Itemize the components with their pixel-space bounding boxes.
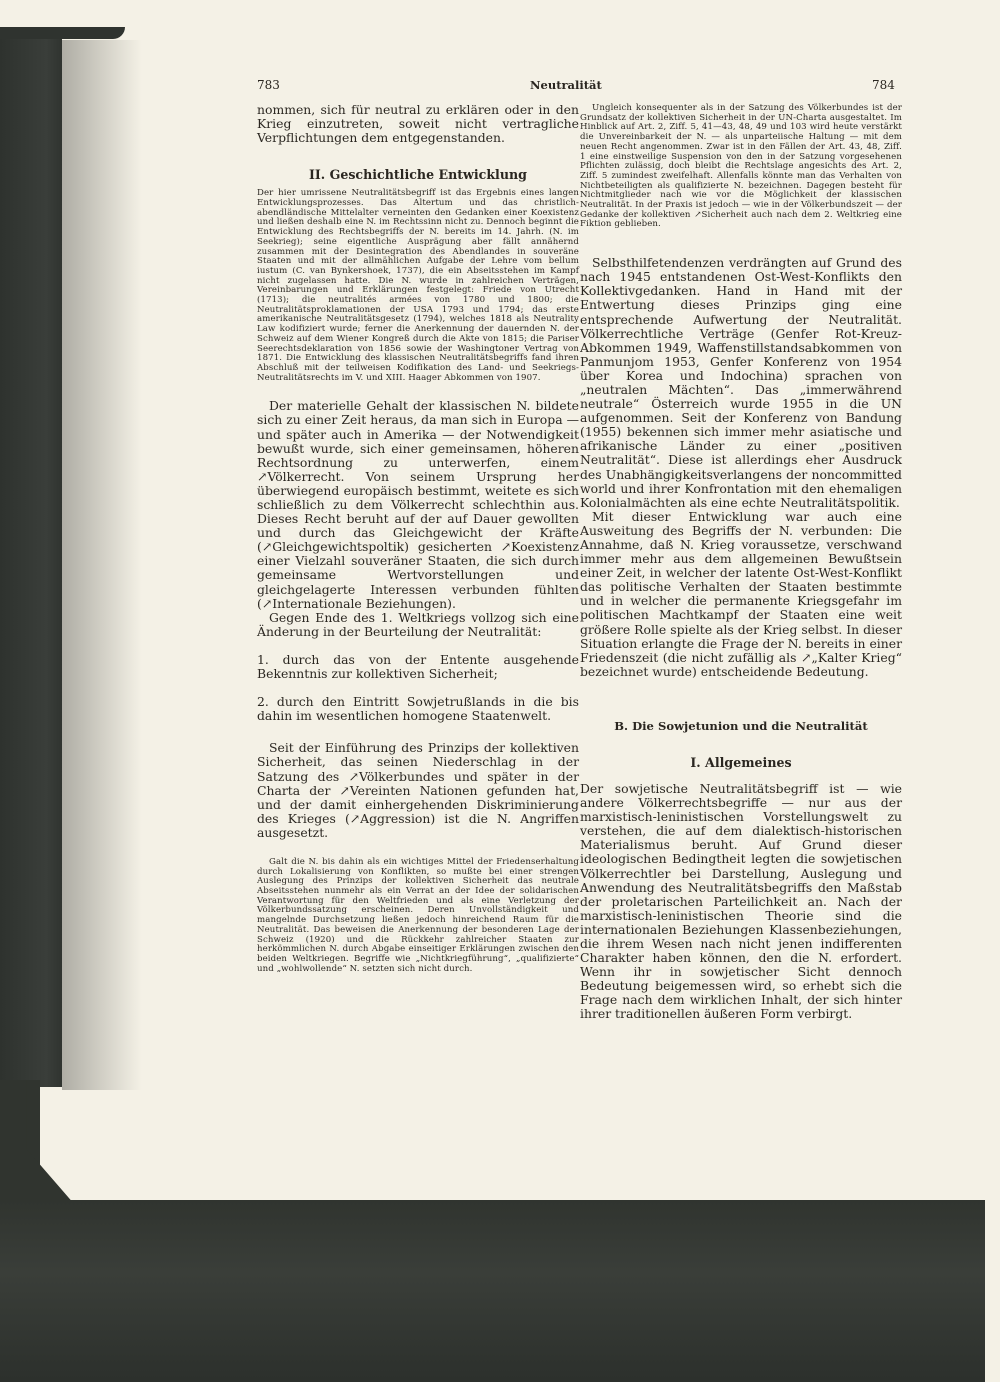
list-item: 1. durch das von der Entente ausgehende …: [257, 653, 579, 681]
left-column: nommen, sich für neutral zu erklären ode…: [257, 103, 579, 974]
paragraph: Selbsthilfetendenzen verdrängten auf Gru…: [580, 256, 902, 510]
chapter-heading: B. Die Sowjetunion und die Neutralität: [580, 719, 902, 733]
paragraph: nommen, sich für neutral zu erklären ode…: [257, 103, 579, 145]
paragraph: Seit der Einführung des Prinzips der kol…: [257, 741, 579, 840]
small-print-paragraph: Galt die N. bis dahin als ein wichtiges …: [257, 858, 579, 974]
paragraph: Mit dieser Entwicklung war auch eine Aus…: [580, 510, 902, 679]
running-title: Neutralität: [530, 78, 602, 92]
page-number-right: 784: [872, 78, 895, 92]
document-page: 783 Neutralität 784 nommen, sich für neu…: [0, 0, 1000, 1382]
page-number-left: 783: [257, 78, 280, 92]
section-heading: I. Allgemeines: [580, 755, 902, 770]
paragraph: Der materielle Gehalt der klassischen N.…: [257, 399, 579, 610]
small-print-paragraph: Der hier umrissene Neutralitätsbegriff i…: [257, 189, 579, 383]
paragraph: Der sowjetische Neutralitätsbegriff ist …: [580, 782, 902, 1022]
list-item: 2. durch den Eintritt Sowjetrußlands in …: [257, 695, 579, 723]
small-print-paragraph: Ungleich konsequenter als in der Satzung…: [580, 104, 902, 230]
right-column: Ungleich konsequenter als in der Satzung…: [580, 104, 902, 1022]
paragraph: Gegen Ende des 1. Weltkriegs vollzog sic…: [257, 611, 579, 639]
section-heading: II. Geschichtliche Entwicklung: [257, 167, 579, 182]
